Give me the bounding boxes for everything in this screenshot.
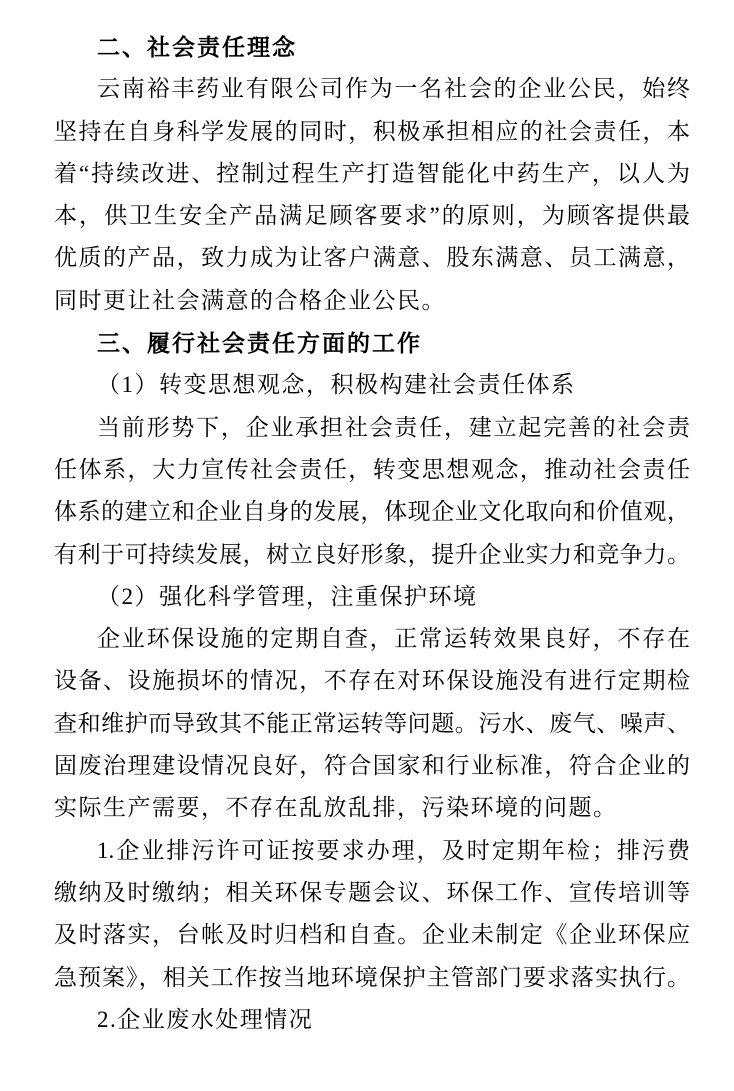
paragraph-line: 1.企业排污许可证按要求办理，及时定期年检；排污费 [54,830,690,872]
paragraph-line: 体系的建立和企业自身的发展，体现企业文化取向和价值观， [54,491,690,533]
paragraph-line: （2）强化科学管理，注重保护环境 [54,576,690,618]
paragraph-line: 2.企业废水处理情况 [54,999,690,1041]
paragraph-line: 有利于可持续发展，树立良好形象，提升企业实力和竞争力。 [54,534,690,576]
paragraph-line: 本，供卫生安全产品满足顾客要求”的原则，为顾客提供最 [54,195,690,237]
paragraph-line: 及时落实，台帐及时归档和自查。企业未制定《企业环保应 [54,914,690,956]
paragraph-line: 急预案》，相关工作按当地环境保护主管部门要求落实执行。 [54,957,690,999]
document-page: { "page": { "paper_color": "#ffffff", "i… [0,0,734,1091]
paragraph-line: 企业环保设施的定期自查，正常运转效果良好，不存在 [54,618,690,660]
paragraph-line: 缴纳及时缴纳；相关环保专题会议、环保工作、宣传培训等 [54,872,690,914]
paragraph-line: 云南裕丰药业有限公司作为一名社会的企业公民，始终 [54,68,690,110]
document-body: 二、社会责任理念云南裕丰药业有限公司作为一名社会的企业公民，始终坚持在自身科学发… [0,0,734,1041]
paragraph-line: 实际生产需要，不存在乱放乱排，污染环境的问题。 [54,787,690,829]
paragraph-line: 优质的产品，致力成为让客户满意、股东满意、员工满意， [54,237,690,279]
paragraph-line: 同时更让社会满意的合格企业公民。 [54,280,690,322]
paragraph-line: 设备、设施损坏的情况，不存在对环保设施没有进行定期检 [54,660,690,702]
section-heading: 二、社会责任理念 [54,26,690,68]
paragraph-line: 查和维护而导致其不能正常运转等问题。污水、废气、噪声、 [54,703,690,745]
paragraph-line: 任体系，大力宣传社会责任，转变思想观念，推动社会责任 [54,449,690,491]
page: 二、社会责任理念云南裕丰药业有限公司作为一名社会的企业公民，始终坚持在自身科学发… [0,0,734,1091]
paragraph-line: 当前形势下，企业承担社会责任，建立起完善的社会责 [54,407,690,449]
section-heading: 三、履行社会责任方面的工作 [54,322,690,364]
paragraph-line: （1）转变思想观念，积极构建社会责任体系 [54,364,690,406]
paragraph-line: 固废治理建设情况良好，符合国家和行业标准，符合企业的 [54,745,690,787]
paragraph-line: 坚持在自身科学发展的同时，积极承担相应的社会责任，本 [54,111,690,153]
paragraph-line: 着“持续改进、控制过程生产打造智能化中药生产，以人为 [54,153,690,195]
